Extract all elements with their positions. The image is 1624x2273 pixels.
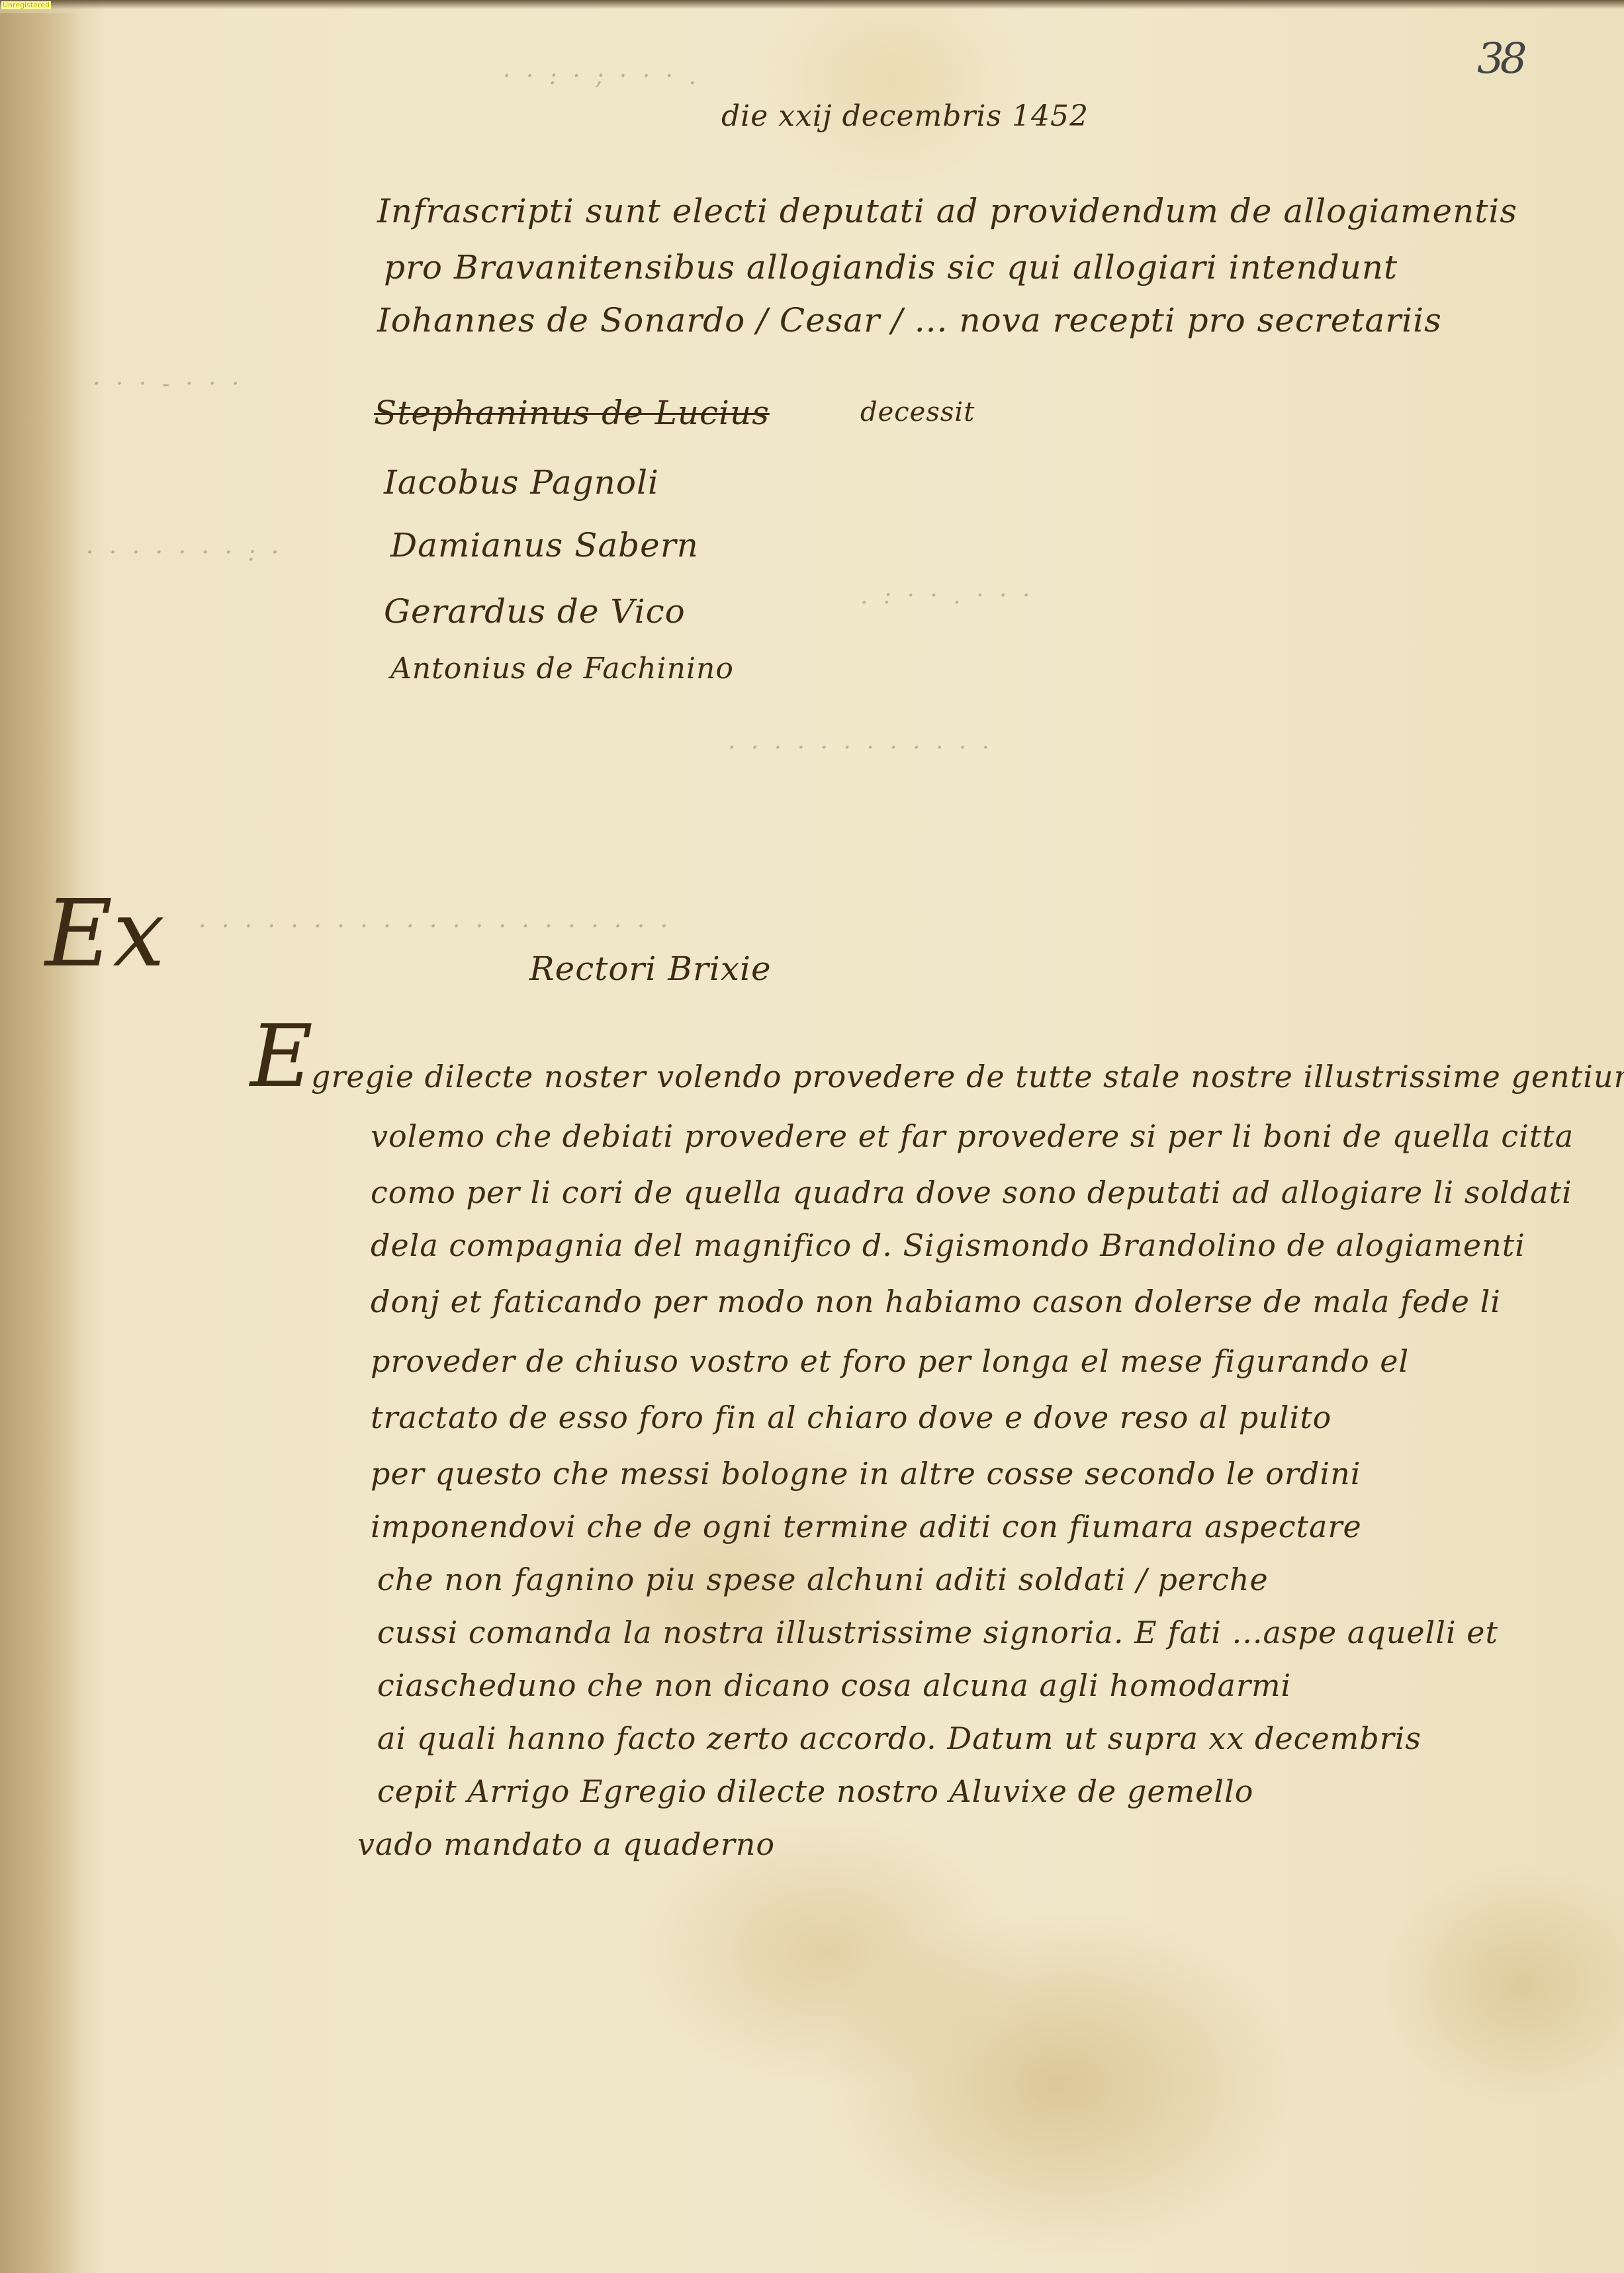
block1-line-3: Iohannes de Sonardo / Cesar / ... nova r…	[377, 301, 1442, 339]
bleed-through-text: . : · · . · · ·	[860, 582, 1034, 609]
bleed-through-text: · · · - · · ·	[93, 371, 243, 398]
bleed-through-text: · · · · · · · · · · · ·	[728, 735, 993, 762]
letter-line-8: per questo che messi bologne in altre co…	[371, 1456, 1361, 1492]
letter-line-15: vado mandato a quaderno	[357, 1826, 775, 1862]
decorated-initial: E	[250, 1006, 313, 1106]
letter-line-11: cussi comanda la nostra illustrissime si…	[377, 1615, 1498, 1650]
name-entry-4: Gerardus de Vico	[384, 592, 686, 631]
margin-initial-ex: Ex	[45, 880, 165, 988]
bleed-through-text: · · · · · · · · · · · · · · · · · · · · …	[199, 913, 672, 940]
manuscript-page: Unregistered 38 · · : · ; · · · . · · · …	[0, 0, 1624, 2273]
letter-line-9: imponendovi che de ogni termine aditi co…	[371, 1509, 1362, 1544]
letter-line-2: volemo che debiati provedere et far prov…	[371, 1118, 1574, 1154]
folio-number: 38	[1477, 34, 1523, 83]
letter-line-1: gregie dilecte noster volendo provedere …	[311, 1059, 1624, 1094]
date-header: die xxij decembris 1452	[721, 99, 1089, 133]
name-entry-3: Damianus Sabern	[390, 526, 699, 564]
letter-line-4: dela compagnia del magnifico d. Sigismon…	[371, 1227, 1525, 1263]
name-entry-2: Iacobus Pagnoli	[384, 463, 659, 502]
name-entry-1: Stephaninus de Lucius	[374, 394, 770, 432]
letter-line-10: che non fagnino piu spese alchuni aditi …	[377, 1562, 1269, 1597]
name-entry-5: Antonius de Fachinino	[390, 652, 734, 686]
letter-line-14: cepit Arrigo Egregio dilecte nostro Aluv…	[377, 1773, 1254, 1809]
bleed-through-text: · · : · ; · · · .	[503, 63, 700, 90]
top-page-edge	[0, 0, 1624, 9]
letter-line-12: ciascheduno che non dicano cosa alcuna a…	[377, 1668, 1291, 1703]
block1-line-1: Infrascripti sunt electi deputati ad pro…	[377, 192, 1517, 230]
letter-line-5: donj et faticando per modo non habiamo c…	[371, 1284, 1501, 1319]
letter-line-13: ai quali hanno facto zerto accordo. Datu…	[377, 1720, 1421, 1756]
scan-watermark-label: Unregistered	[1, 1, 51, 9]
letter-heading: Rectori Brixie	[529, 950, 772, 988]
letter-line-7: tractato de esso foro fin al chiaro dove…	[371, 1400, 1331, 1435]
block1-line-2: pro Bravanitensibus allogiandis sic qui …	[384, 248, 1398, 287]
left-water-stain	[0, 13, 79, 2273]
bleed-through-text: · · · · · · · : ·	[86, 539, 283, 566]
letter-line-6: proveder de chiuso vostro et foro per lo…	[371, 1343, 1409, 1379]
letter-line-3: como per li cori de quella quadra dove s…	[371, 1175, 1572, 1210]
name-entry-1-note: decessit	[860, 397, 975, 427]
